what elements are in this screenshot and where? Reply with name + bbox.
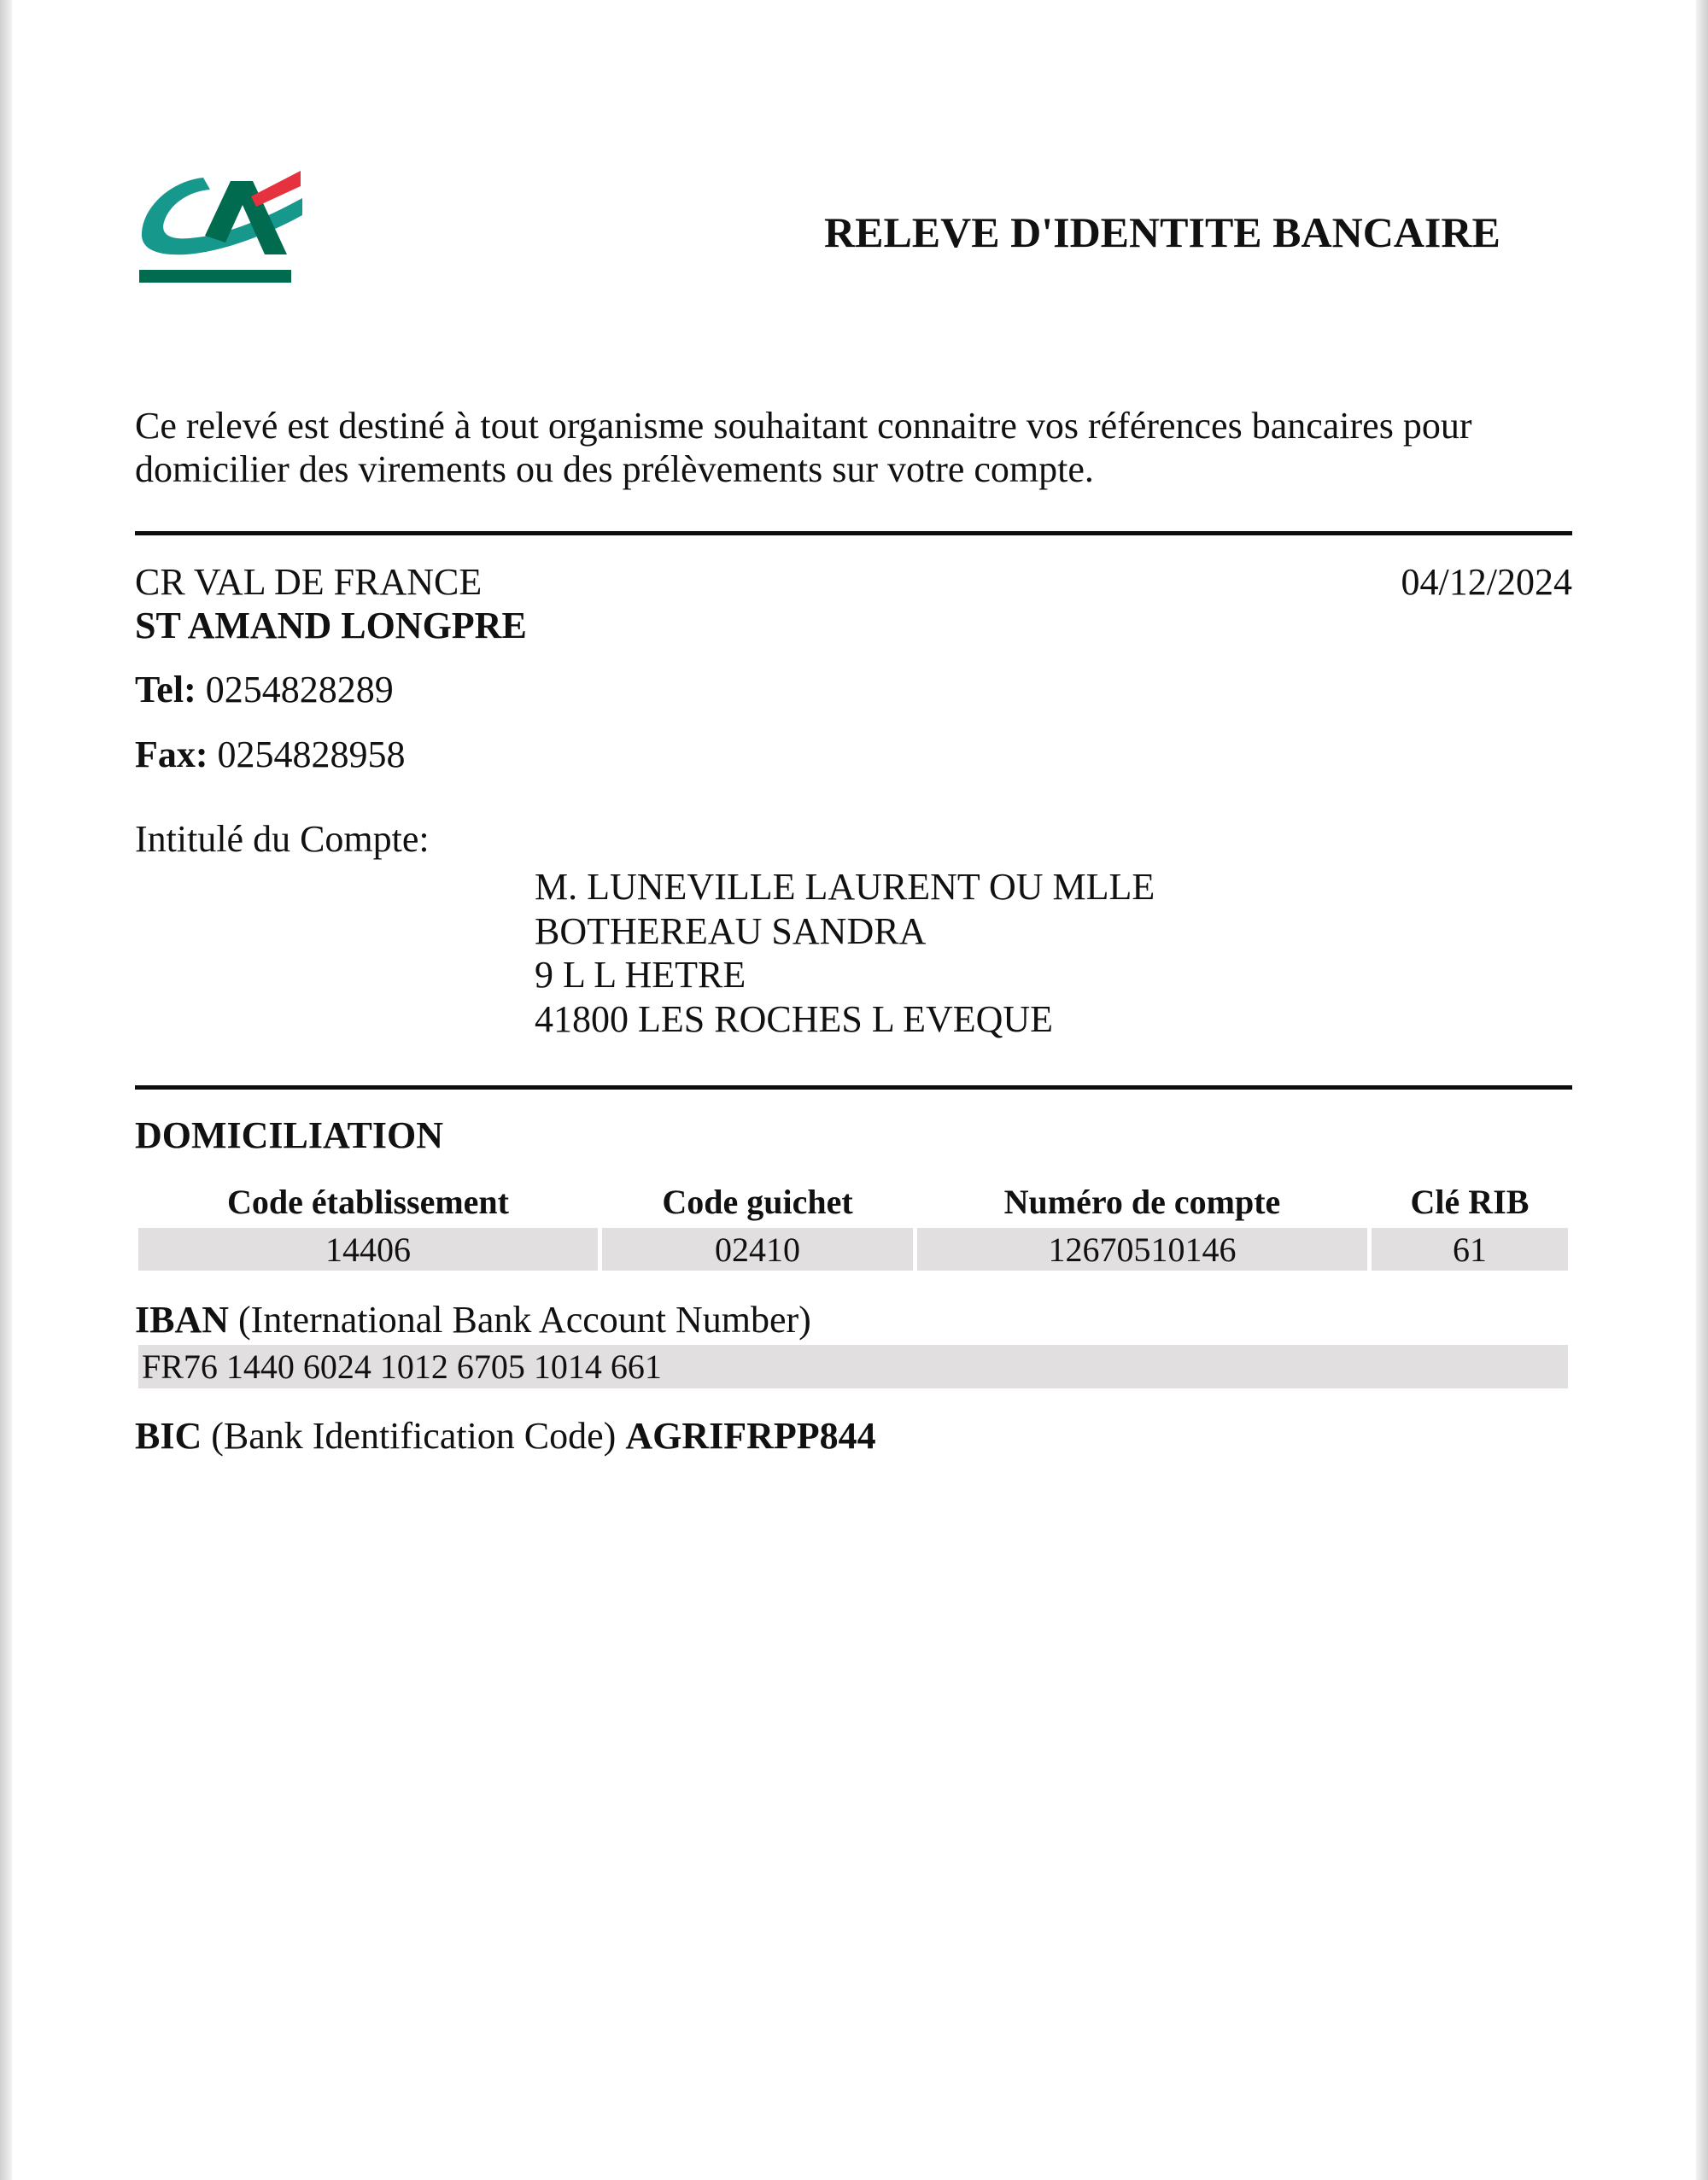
- phone-value: 0254828289: [206, 669, 394, 710]
- bic-label: BIC: [135, 1415, 202, 1457]
- account-holder-line: 41800 LES ROCHES L EVEQUE: [535, 997, 1155, 1042]
- column-header-branch-code: Code guichet: [602, 1182, 913, 1223]
- divider: [135, 1085, 1572, 1090]
- iban-value: FR76 1440 6024 1012 6705 1014 661: [138, 1345, 1568, 1388]
- account-number-value: 12670510146: [917, 1228, 1367, 1271]
- page-title: RELEVE D'IDENTITE BANCAIRE: [824, 211, 1500, 254]
- bic-description: (Bank Identification Code): [211, 1415, 616, 1457]
- column-header-account-number: Numéro de compte: [917, 1182, 1367, 1223]
- branch-code-value: 02410: [602, 1228, 913, 1271]
- fax-value: 0254828958: [218, 733, 406, 775]
- fax-label: Fax:: [135, 733, 208, 775]
- account-holder-address: M. LUNEVILLE LAURENT OU MLLE BOTHEREAU S…: [535, 865, 1155, 1042]
- bank-code-value: 14406: [138, 1228, 598, 1271]
- iban-label-abbr: IBAN: [135, 1299, 229, 1341]
- iban-label: IBAN (International Bank Account Number): [135, 1301, 811, 1339]
- iban-label-description: (International Bank Account Number): [238, 1299, 811, 1341]
- agency-fax: Fax: 0254828958: [135, 736, 406, 774]
- agency-phone: Tel: 0254828289: [135, 671, 394, 709]
- column-header-bank-code: Code établissement: [138, 1182, 598, 1223]
- bic-value: AGRIFRPP844: [625, 1415, 875, 1457]
- domiciliation-heading: DOMICILIATION: [135, 1117, 443, 1154]
- document-date: 04/12/2024: [1401, 564, 1572, 601]
- page-shadow-right: [1696, 0, 1708, 2180]
- account-holder-line: BOTHEREAU SANDRA: [535, 909, 1155, 954]
- account-holder-line: 9 L L HETRE: [535, 953, 1155, 997]
- account-holder-line: M. LUNEVILLE LAURENT OU MLLE: [535, 865, 1155, 909]
- bic-line: BIC (Bank Identification Code) AGRIFRPP8…: [135, 1417, 876, 1455]
- column-header-rib-key: Clé RIB: [1372, 1182, 1568, 1223]
- divider: [135, 531, 1572, 535]
- phone-label: Tel:: [135, 669, 196, 710]
- account-holder-label: Intitulé du Compte:: [135, 821, 430, 858]
- credit-agricole-logo-icon: [137, 166, 304, 283]
- agency-name: CR VAL DE FRANCE: [135, 564, 482, 601]
- intro-text: Ce relevé est destiné à tout organisme s…: [135, 404, 1587, 491]
- page-shadow-left: [0, 0, 12, 2180]
- rib-key-value: 61: [1372, 1228, 1568, 1271]
- agency-city: ST AMAND LONGPRE: [135, 607, 527, 645]
